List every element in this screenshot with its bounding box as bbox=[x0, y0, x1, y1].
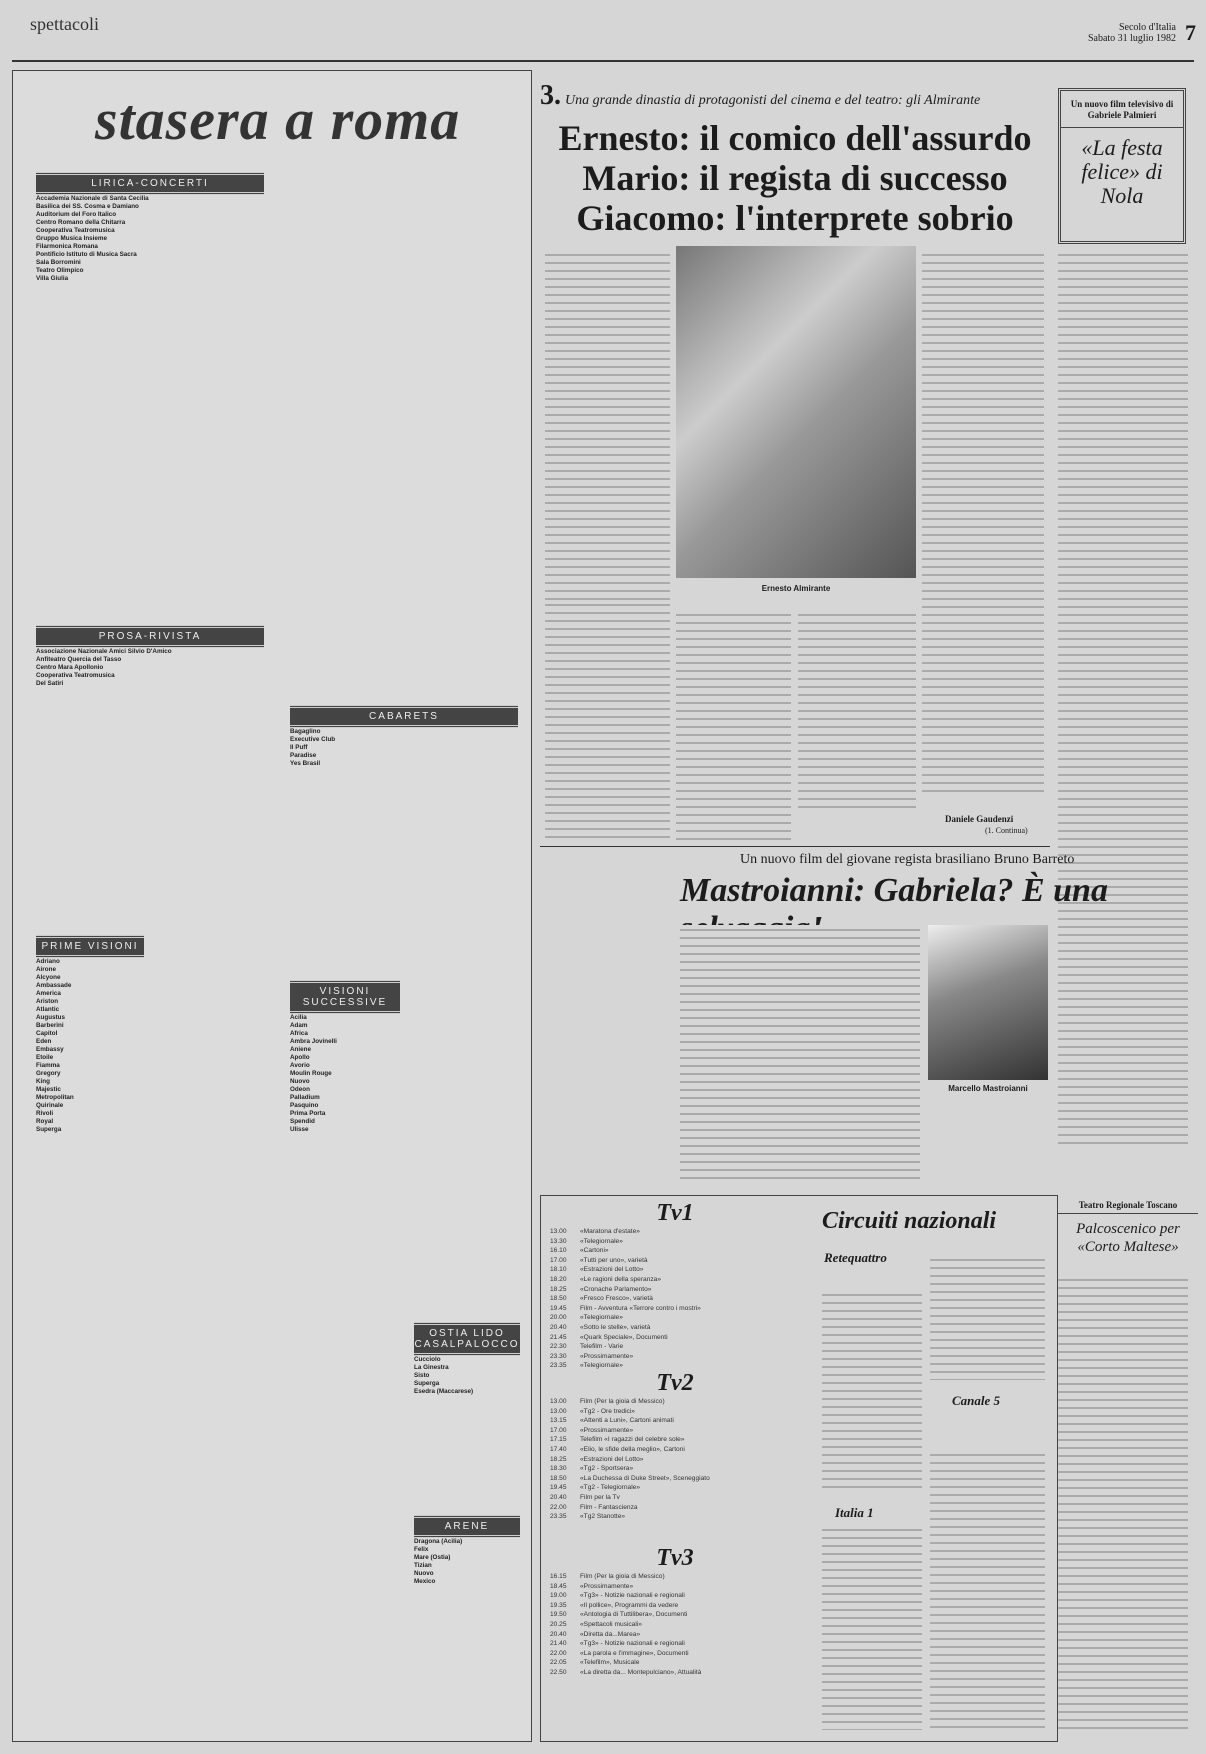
listing-entry: Barberini bbox=[36, 1022, 144, 1030]
sidebar-kicker: Teatro Regionale Toscano bbox=[1058, 1200, 1198, 1214]
article-body-col bbox=[922, 250, 1044, 795]
program-title: «Attenti a Luni», Cartoni animati bbox=[580, 1417, 674, 1424]
listing-entry: Del Satiri bbox=[36, 680, 264, 688]
program-time: 13.30 bbox=[550, 1237, 580, 1247]
program-time: 18.10 bbox=[550, 1265, 580, 1275]
listing-entry: Executive Club bbox=[290, 736, 518, 744]
section-name: spettacoli bbox=[30, 14, 99, 35]
program-title: «Telegiornale» bbox=[580, 1362, 623, 1369]
listing-entry: Fiamma bbox=[36, 1062, 144, 1070]
program-row: 18.50«Fresco Fresco», varietà bbox=[550, 1294, 800, 1304]
program-title: «Il pollice», Programmi da vedere bbox=[580, 1602, 678, 1609]
program-title: «Fresco Fresco», varietà bbox=[580, 1295, 653, 1302]
program-row: 19.00«Tg3» - Notizie nazionali e regiona… bbox=[550, 1591, 800, 1601]
program-title: «Telegiornale» bbox=[580, 1314, 623, 1321]
listing-entry: Etoile bbox=[36, 1054, 144, 1062]
sidebar-title: Palcoscenico per «Corto Maltese» bbox=[1058, 1214, 1198, 1256]
sidebar-corto: Teatro Regionale Toscano Palcoscenico pe… bbox=[1058, 1200, 1198, 1256]
top-rule bbox=[12, 60, 1194, 62]
listing-entry: Paradise bbox=[290, 752, 518, 760]
listing-entry: Associazione Nazionale Amici Silvio D'Am… bbox=[36, 648, 264, 656]
program-title: «Spettacoli musicali» bbox=[580, 1621, 642, 1628]
section-entries: Associazione Nazionale Amici Silvio D'Am… bbox=[36, 648, 264, 688]
listing-entry: King bbox=[36, 1078, 144, 1086]
sidebar-nola: Un nuovo film televisivo di Gabriele Pal… bbox=[1058, 88, 1186, 244]
listing-entry: Centro Mara Apollonio bbox=[36, 664, 264, 672]
program-title: «Quark Speciale», Documenti bbox=[580, 1334, 668, 1341]
listing-entry: Palladium bbox=[290, 1094, 400, 1102]
program-row: 22.00«La parola e l'immagine», Documenti bbox=[550, 1649, 800, 1659]
section-header: PROSA-RIVISTA bbox=[36, 625, 264, 648]
listing-entry: Acilia bbox=[290, 1014, 400, 1022]
listing-entry: Mexico bbox=[414, 1578, 520, 1586]
section-entries: BagaglinoExecutive ClubIl PuffParadiseYe… bbox=[290, 728, 518, 768]
program-list: 16.15Film (Per la gioia di Messico)18.45… bbox=[550, 1572, 800, 1678]
program-title: «Estrazioni del Lotto» bbox=[580, 1266, 643, 1273]
program-title: «Tg2 Stanotte» bbox=[580, 1513, 625, 1520]
listing-entry: Yes Brasil bbox=[290, 760, 518, 768]
program-title: Telefilm «I ragazzi del celebre sole» bbox=[580, 1436, 684, 1443]
program-time: 22.00 bbox=[550, 1649, 580, 1659]
program-title: «Tg2 - Telegiornale» bbox=[580, 1484, 640, 1491]
sidebar-title: «La festa felice» di Nola bbox=[1061, 128, 1183, 208]
listing-entry: Cucciolo bbox=[414, 1356, 520, 1364]
program-row: 17.00«Tutti per uno», varietà bbox=[550, 1256, 800, 1266]
photo-caption: Marcello Mastroianni bbox=[928, 1084, 1048, 1093]
program-row: 20.40«Sotto le stelle», varietà bbox=[550, 1323, 800, 1333]
section-prosa: PROSA-RIVISTA Associazione Nazionale Ami… bbox=[36, 625, 264, 688]
circuiti-title: Circuiti nazionali bbox=[822, 1208, 996, 1235]
program-title: Film - Fantascienza bbox=[580, 1504, 638, 1511]
page-number: 7 bbox=[1185, 20, 1196, 46]
program-row: 22.05«Telefilm», Musicale bbox=[550, 1658, 800, 1668]
listing-entry: Pontificio Istituto di Musica Sacra bbox=[36, 251, 264, 259]
listing-entry: Royal bbox=[36, 1118, 144, 1126]
listing-entry: Filarmonica Romana bbox=[36, 243, 264, 251]
program-time: 22.05 bbox=[550, 1658, 580, 1668]
program-title: «La Duchessa di Duke Street», Sceneggiat… bbox=[580, 1475, 710, 1482]
network-schedule bbox=[822, 1290, 922, 1490]
program-time: 22.30 bbox=[550, 1342, 580, 1352]
listing-entry: Odeon bbox=[290, 1086, 400, 1094]
issue-date: Sabato 31 luglio 1982 bbox=[1088, 33, 1176, 44]
listing-entry: Spendid bbox=[290, 1118, 400, 1126]
program-row: 18.20«Le ragioni della speranza» bbox=[550, 1275, 800, 1285]
program-time: 13.00 bbox=[550, 1407, 580, 1417]
photo-caption: Ernesto Almirante bbox=[676, 584, 916, 593]
newspaper-name: Secolo d'Italia bbox=[1088, 22, 1176, 33]
listing-entry: Esedra (Maccarese) bbox=[414, 1388, 520, 1396]
program-time: 18.50 bbox=[550, 1474, 580, 1484]
program-time: 13.00 bbox=[550, 1397, 580, 1407]
listing-entry: Adriano bbox=[36, 958, 144, 966]
listing-entry: Bagaglino bbox=[290, 728, 518, 736]
network-italia1: Italia 1 bbox=[835, 1505, 874, 1521]
channel-name: Tv1 bbox=[550, 1200, 800, 1227]
listing-entry: Apollo bbox=[290, 1054, 400, 1062]
headline-line: Giacomo: l'interprete sobrio bbox=[540, 198, 1050, 238]
program-row: 13.00«Tg2 - Ore tredici» bbox=[550, 1407, 800, 1417]
program-time: 18.25 bbox=[550, 1455, 580, 1465]
program-row: 18.25«Cronache Parlamento» bbox=[550, 1285, 800, 1295]
program-title: «Prossimamente» bbox=[580, 1353, 633, 1360]
section-visioni-successive: VISIONI SUCCESSIVE AciliaAdamAfricaAmbra… bbox=[290, 980, 400, 1134]
program-row: 18.25«Estrazioni del Lotto» bbox=[550, 1455, 800, 1465]
program-time: 19.45 bbox=[550, 1304, 580, 1314]
program-time: 18.30 bbox=[550, 1464, 580, 1474]
program-title: Telefilm - Varie bbox=[580, 1343, 623, 1350]
article-headline: Ernesto: il comico dell'assurdo Mario: i… bbox=[540, 118, 1050, 238]
kicker-text: Una grande dinastia di protagonisti del … bbox=[565, 93, 980, 108]
network-schedule bbox=[930, 1450, 1045, 1730]
program-time: 19.00 bbox=[550, 1591, 580, 1601]
listing-entry: Auditorium del Foro Italico bbox=[36, 211, 264, 219]
section-cabarets: CABARETS BagaglinoExecutive ClubIl PuffP… bbox=[290, 705, 518, 768]
listing-entry: Superga bbox=[414, 1380, 520, 1388]
program-title: «Prossimamente» bbox=[580, 1583, 633, 1590]
listing-entry: Accademia Nazionale di Santa Cecilia bbox=[36, 195, 264, 203]
program-row: 20.00«Telegiornale» bbox=[550, 1313, 800, 1323]
listing-entry: Centro Romano della Chitarra bbox=[36, 219, 264, 227]
article-body-col bbox=[676, 610, 791, 840]
listing-entry: Anfiteatro Quercia del Tasso bbox=[36, 656, 264, 664]
listing-entry: Augustus bbox=[36, 1014, 144, 1022]
program-time: 23.30 bbox=[550, 1352, 580, 1362]
program-row: 21.40«Tg3» - Notizie nazionali e regiona… bbox=[550, 1639, 800, 1649]
program-title: «Prossimamente» bbox=[580, 1427, 633, 1434]
program-title: «Estrazioni del Lotto» bbox=[580, 1456, 643, 1463]
program-row: 13.30«Telegiornale» bbox=[550, 1237, 800, 1247]
program-time: 20.40 bbox=[550, 1323, 580, 1333]
divider bbox=[540, 846, 1050, 847]
listing-entry: Prima Porta bbox=[290, 1110, 400, 1118]
listing-entry: America bbox=[36, 990, 144, 998]
listing-entry: Ulisse bbox=[290, 1126, 400, 1134]
program-row: 13.15«Attenti a Luni», Cartoni animati bbox=[550, 1416, 800, 1426]
program-time: 17.00 bbox=[550, 1426, 580, 1436]
program-time: 20.25 bbox=[550, 1620, 580, 1630]
program-row: 18.30«Tg2 - Sportsera» bbox=[550, 1464, 800, 1474]
program-row: 20.25«Spettacoli musicali» bbox=[550, 1620, 800, 1630]
program-title: Film (Per la gioia di Messico) bbox=[580, 1573, 665, 1580]
listing-entry: Pasquino bbox=[290, 1102, 400, 1110]
article-kicker: 3.Una grande dinastia di protagonisti de… bbox=[540, 80, 980, 112]
program-title: «Maratona d'estate» bbox=[580, 1228, 640, 1235]
program-row: 20.40«Diretta da...Marea» bbox=[550, 1630, 800, 1640]
section-header: PRIME VISIONI bbox=[36, 935, 144, 958]
program-row: 13.00«Maratona d'estate» bbox=[550, 1227, 800, 1237]
network-retequattro: Retequattro bbox=[824, 1250, 887, 1266]
listing-entry: Ambassade bbox=[36, 982, 144, 990]
listing-entry: Eden bbox=[36, 1038, 144, 1046]
listing-entry: Nuovo bbox=[414, 1570, 520, 1578]
program-row: 23.30«Prossimamente» bbox=[550, 1352, 800, 1362]
listing-entry: Metropolitan bbox=[36, 1094, 144, 1102]
article2-body bbox=[680, 925, 920, 1185]
program-title: «Tg3» - Notizie nazionali e regionali bbox=[580, 1592, 685, 1599]
program-row: 18.50«La Duchessa di Duke Street», Scene… bbox=[550, 1474, 800, 1484]
channel-name: Tv2 bbox=[550, 1370, 800, 1397]
program-row: 18.45«Prossimamente» bbox=[550, 1582, 800, 1592]
program-time: 18.50 bbox=[550, 1294, 580, 1304]
section-header: OSTIA LIDO CASALPALOCCO bbox=[414, 1322, 520, 1356]
program-row: 22.50«La diretta da... Montepulciano», A… bbox=[550, 1668, 800, 1678]
program-title: «La diretta da... Montepulciano», Attual… bbox=[580, 1669, 701, 1676]
program-time: 19.35 bbox=[550, 1601, 580, 1611]
listing-entry: Africa bbox=[290, 1030, 400, 1038]
listing-entry: Atlantic bbox=[36, 1006, 144, 1014]
listing-entry: Cooperativa Teatromusica bbox=[36, 672, 264, 680]
program-row: 22.30Telefilm - Varie bbox=[550, 1342, 800, 1352]
listing-entry: Airone bbox=[36, 966, 144, 974]
article-body-col bbox=[545, 600, 670, 840]
program-time: 19.45 bbox=[550, 1483, 580, 1493]
program-row: 19.50«Antologia di Tuttilibera», Documen… bbox=[550, 1610, 800, 1620]
listing-entry: Villa Giulia bbox=[36, 275, 264, 283]
section-header: CABARETS bbox=[290, 705, 518, 728]
listing-entry: Sala Borromini bbox=[36, 259, 264, 267]
program-time: 23.35 bbox=[550, 1512, 580, 1522]
listing-entry: Sisto bbox=[414, 1372, 520, 1380]
listings-box bbox=[12, 70, 532, 1742]
section-header: ARENE bbox=[414, 1515, 520, 1538]
listing-entry: Felix bbox=[414, 1546, 520, 1554]
listing-entry: Tizian bbox=[414, 1562, 520, 1570]
byline: Daniele Gaudenzi bbox=[945, 814, 1013, 824]
network-canale5: Canale 5 bbox=[952, 1393, 1000, 1409]
program-time: 18.20 bbox=[550, 1275, 580, 1285]
listing-entry: Rivoli bbox=[36, 1110, 144, 1118]
program-row: 19.35«Il pollice», Programmi da vedere bbox=[550, 1601, 800, 1611]
program-time: 18.45 bbox=[550, 1582, 580, 1592]
program-row: 16.15Film (Per la gioia di Messico) bbox=[550, 1572, 800, 1582]
listing-entry: Dragona (Acilia) bbox=[414, 1538, 520, 1546]
program-row: 22.00Film - Fantascienza bbox=[550, 1503, 800, 1513]
listing-entry: Ambra Jovinelli bbox=[290, 1038, 400, 1046]
program-time: 21.40 bbox=[550, 1639, 580, 1649]
program-row: 20.40Film per la Tv bbox=[550, 1493, 800, 1503]
network-schedule bbox=[822, 1525, 922, 1730]
program-title: «Diretta da...Marea» bbox=[580, 1631, 640, 1638]
listing-entry: Teatro Olimpico bbox=[36, 267, 264, 275]
listing-entry: La Ginestra bbox=[414, 1364, 520, 1372]
listing-entry: Majestic bbox=[36, 1086, 144, 1094]
section-arene: ARENE Dragona (Acilia)FelixMare (Ostia)T… bbox=[414, 1515, 520, 1586]
program-row: 19.45«Tg2 - Telegiornale» bbox=[550, 1483, 800, 1493]
program-row: 21.45«Quark Speciale», Documenti bbox=[550, 1333, 800, 1343]
program-title: «Telefilm», Musicale bbox=[580, 1659, 639, 1666]
section-entries: Accademia Nazionale di Santa CeciliaBasi… bbox=[36, 195, 264, 283]
program-title: «Sotto le stelle», varietà bbox=[580, 1324, 650, 1331]
program-time: 17.15 bbox=[550, 1435, 580, 1445]
program-time: 19.50 bbox=[550, 1610, 580, 1620]
listing-entry: Avorio bbox=[290, 1062, 400, 1070]
listing-entry: Il Puff bbox=[290, 744, 518, 752]
program-title: «Elio, le sfide della meglio», Cartoni bbox=[580, 1446, 685, 1453]
program-row: 19.45Film - Avventura «Terrore contro i … bbox=[550, 1304, 800, 1314]
program-title: «Tg3» - Notizie nazionali e regionali bbox=[580, 1640, 685, 1647]
program-title: «Tg2 - Sportsera» bbox=[580, 1465, 633, 1472]
section-entries: CuccioloLa GinestraSistoSupergaEsedra (M… bbox=[414, 1356, 520, 1396]
program-title: «Antologia di Tuttilibera», Documenti bbox=[580, 1611, 687, 1618]
program-title: Film - Avventura «Terrore contro i mostr… bbox=[580, 1305, 701, 1312]
section-entries: AciliaAdamAfricaAmbra JovinelliAnieneApo… bbox=[290, 1014, 400, 1134]
listing-entry: Basilica dei SS. Cosma e Damiano bbox=[36, 203, 264, 211]
program-title: «Tutti per uno», varietà bbox=[580, 1257, 648, 1264]
program-row: 17.15Telefilm «I ragazzi del celebre sol… bbox=[550, 1435, 800, 1445]
tv-channel-tv2: Tv2 13.00Film (Per la gioia di Messico)1… bbox=[550, 1370, 800, 1522]
program-time: 17.40 bbox=[550, 1445, 580, 1455]
section-header: VISIONI SUCCESSIVE bbox=[290, 980, 400, 1014]
listing-entry: Quirinale bbox=[36, 1102, 144, 1110]
program-row: 18.10«Estrazioni del Lotto» bbox=[550, 1265, 800, 1275]
listing-entry: Alcyone bbox=[36, 974, 144, 982]
program-row: 23.35«Tg2 Stanotte» bbox=[550, 1512, 800, 1522]
article-body-col bbox=[798, 610, 916, 810]
program-title: Film per la Tv bbox=[580, 1494, 620, 1501]
section-ostia: OSTIA LIDO CASALPALOCCO CuccioloLa Gines… bbox=[414, 1322, 520, 1396]
section-entries: AdrianoAironeAlcyoneAmbassadeAmericaAris… bbox=[36, 958, 144, 1134]
masthead-info: Secolo d'Italia Sabato 31 luglio 1982 bbox=[1088, 22, 1176, 44]
program-time: 13.15 bbox=[550, 1416, 580, 1426]
listings-title: stasera a roma bbox=[95, 86, 460, 153]
listing-entry: Cooperativa Teatromusica bbox=[36, 227, 264, 235]
ernesto-almirante-photo bbox=[676, 246, 916, 578]
listing-entry: Nuovo bbox=[290, 1078, 400, 1086]
program-time: 18.25 bbox=[550, 1285, 580, 1295]
program-row: 16.10«Cartoni» bbox=[550, 1246, 800, 1256]
program-time: 16.15 bbox=[550, 1572, 580, 1582]
listing-entry: Gruppo Musica Insieme bbox=[36, 235, 264, 243]
article2-kicker: Un nuovo film del giovane regista brasil… bbox=[740, 852, 1074, 868]
program-title: «Cartoni» bbox=[580, 1247, 609, 1254]
program-title: «Telegiornale» bbox=[580, 1238, 623, 1245]
series-number: 3. bbox=[540, 80, 561, 111]
section-lirica: LIRICA-CONCERTI Accademia Nazionale di S… bbox=[36, 172, 264, 283]
program-time: 16.10 bbox=[550, 1246, 580, 1256]
sidebar-kicker: Un nuovo film televisivo di Gabriele Pal… bbox=[1061, 91, 1183, 128]
tv-channel-tv3: Tv3 16.15Film (Per la gioia di Messico)1… bbox=[550, 1545, 800, 1678]
section-prime-visioni: PRIME VISIONI AdrianoAironeAlcyoneAmbass… bbox=[36, 935, 144, 1134]
program-row: 13.00Film (Per la gioia di Messico) bbox=[550, 1397, 800, 1407]
section-header: LIRICA-CONCERTI bbox=[36, 172, 264, 195]
section-entries: Dragona (Acilia)FelixMare (Ostia)TizianN… bbox=[414, 1538, 520, 1586]
program-list: 13.00Film (Per la gioia di Messico)13.00… bbox=[550, 1397, 800, 1522]
channel-name: Tv3 bbox=[550, 1545, 800, 1572]
program-title: «Tg2 - Ore tredici» bbox=[580, 1408, 635, 1415]
program-title: Film (Per la gioia di Messico) bbox=[580, 1398, 665, 1405]
program-time: 22.50 bbox=[550, 1668, 580, 1678]
sidebar-body bbox=[1058, 1275, 1188, 1735]
network-schedule bbox=[930, 1255, 1045, 1380]
program-row: 17.40«Elio, le sfide della meglio», Cart… bbox=[550, 1445, 800, 1455]
listing-entry: Adam bbox=[290, 1022, 400, 1030]
program-title: «La parola e l'immagine», Documenti bbox=[580, 1650, 689, 1657]
program-time: 22.00 bbox=[550, 1503, 580, 1513]
program-time: 20.00 bbox=[550, 1313, 580, 1323]
byline-note: (1. Continua) bbox=[985, 826, 1028, 835]
program-row: 17.00«Prossimamente» bbox=[550, 1426, 800, 1436]
sidebar-body bbox=[1058, 250, 1188, 1150]
program-time: 17.00 bbox=[550, 1256, 580, 1266]
listing-entry: Embassy bbox=[36, 1046, 144, 1054]
listing-entry: Aniene bbox=[290, 1046, 400, 1054]
listing-entry: Mare (Ostia) bbox=[414, 1554, 520, 1562]
program-time: 13.00 bbox=[550, 1227, 580, 1237]
tv-channel-tv1: Tv1 13.00«Maratona d'estate»13.30«Telegi… bbox=[550, 1200, 800, 1371]
program-title: «Le ragioni della speranza» bbox=[580, 1276, 661, 1283]
program-title: «Cronache Parlamento» bbox=[580, 1286, 651, 1293]
mastroianni-photo bbox=[928, 925, 1048, 1080]
program-time: 21.45 bbox=[550, 1333, 580, 1343]
listing-entry: Superga bbox=[36, 1126, 144, 1134]
program-list: 13.00«Maratona d'estate»13.30«Telegiorna… bbox=[550, 1227, 800, 1371]
program-time: 20.40 bbox=[550, 1493, 580, 1503]
headline-line: Mario: il regista di successo bbox=[540, 158, 1050, 198]
headline-line: Ernesto: il comico dell'assurdo bbox=[540, 118, 1050, 158]
listing-entry: Gregory bbox=[36, 1070, 144, 1078]
listing-entry: Capitol bbox=[36, 1030, 144, 1038]
listing-entry: Moulin Rouge bbox=[290, 1070, 400, 1078]
listing-entry: Ariston bbox=[36, 998, 144, 1006]
program-time: 20.40 bbox=[550, 1630, 580, 1640]
